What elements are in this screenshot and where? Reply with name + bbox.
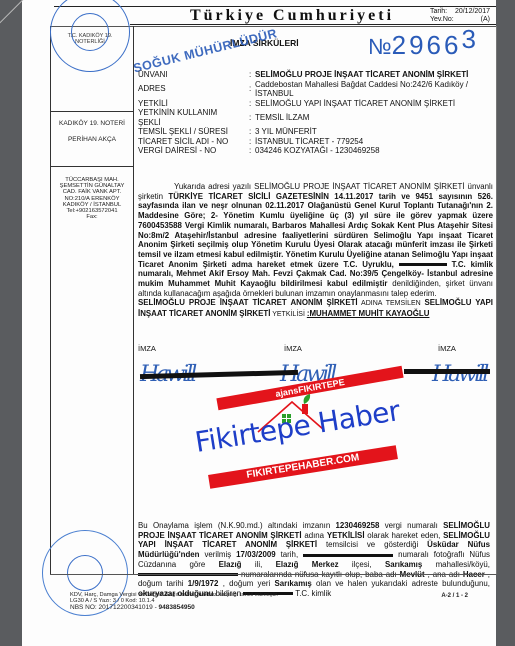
notary-column: KADIKÖY 19. NOTERİ PERİHAN AKÇA TÜCCARBA… [50,26,134,574]
field-label: TİCARET SİCİL ADI - NO [138,137,249,147]
nbs-value: 9483854950 [159,604,195,611]
authorized-person-name: :MUHAMMET MUHİT KAYAOĞLU [307,309,430,318]
text-bold: SELİMOĞLU PROJE İNŞAAT TİCARET ANONİM Şİ… [138,298,358,307]
text: ili, [241,560,275,569]
field-row: VERGİ DAİRESİ - NO:034246 KOZYATAĞI - 12… [138,146,493,156]
signature-label: İMZA [438,344,456,353]
watermark-logo: ajansFIKIRTEPE Fikirtepe Haber FIKIRTEPE… [200,372,430,502]
field-value: TEMSİL İLZAM [255,113,493,123]
field-label: YETKİNİN KULLANIM ŞEKLİ [138,108,228,127]
text-bold: YETKİLİSİ [327,531,365,540]
declaration-paragraph: Yukarıda adresi yazılı SELİMOĞLU PROJE İ… [138,182,493,320]
field-row: ADRES:Caddebostan Mahallesi Bağdat Cadde… [138,80,493,99]
text: T.C. kimlik [293,589,331,598]
text-bold: TÜRKİYE TİCARET SİCİLİ GAZETESİNİN 14.11… [138,192,493,269]
text-bold: 1/9/1972 [188,579,219,588]
address-line: CAD. FAİK VANK APT. [51,189,133,195]
text-bold: 17/03/2009 [236,550,276,559]
field-row: ÜNVANI:SELİMOĞLU PROJE İNŞAAT TİCARET AN… [138,70,493,80]
notary-person: PERİHAN AKÇA [51,136,133,144]
serial-digits: 2966 [392,30,462,60]
yev-value: (A) [481,16,490,24]
text: adına [302,531,327,540]
field-value: SELİMOĞLU PROJE İNŞAAT TİCARET ANONİM Şİ… [255,70,493,80]
serial-prefix: № [368,34,392,59]
field-value: SELİMOĞLU YAPI İNŞAAT TİCARET ANONİM ŞİR… [255,99,493,109]
text: , doğum yeri [218,579,274,588]
text-bold: 1230469258 [336,521,380,530]
field-value: 3 YIL MÜNFERİT [255,127,493,137]
text-bold: Sarıkamış [275,579,312,588]
field-row: YETKİLİ:SELİMOĞLU YAPI İNŞAAT TİCARET AN… [138,99,493,109]
notary-address: TÜCCARBAŞI MAH. ŞEMSETTİN GÜNALTAY CAD. … [51,166,133,220]
text-bold: Elazığ Merkez [276,560,339,569]
seal-inner-ring [67,555,103,591]
text: vergi numaralı [379,521,443,530]
seal-text: T.C. KADIKÖY 19. NOTERLİĞİ [65,33,115,45]
field-label: ADRES [138,84,249,94]
footer-info: KDV, Harç, Damga Vergisi ve Değerli Kağı… [70,592,278,611]
redaction-bar [303,554,393,557]
text: olarak hareket eden, [365,531,444,540]
field-value: 034246 KOZYATAĞI - 1230469258 [255,146,493,156]
field-value: İSTANBUL TİCARET - 779254 [255,137,493,147]
text-bold: Elazığ [219,560,242,569]
text: YETKİLİSİ [270,311,306,318]
notary-info: KADIKÖY 19. NOTERİ PERİHAN AKÇA [51,111,133,152]
text: tarih, [276,550,303,559]
address-fax: Fax: [51,214,133,220]
text: Bu Onaylama işlem (N.K.90.md.) altındaki… [138,521,336,530]
text: temsilcisi ve gösterdiği [317,540,427,549]
field-row: YETKİNİN KULLANIM ŞEKLİ:TEMSİL İLZAM [138,108,493,127]
approval-paragraph: Bu Onaylama işlem (N.K.90.md.) altındaki… [138,521,490,599]
field-value: Caddebostan Mahallesi Bağdat Caddesi No:… [255,80,493,99]
nbs-label: NBS NO: 201712200341019 - [70,604,159,611]
yev-label: Yev.No: [430,16,454,24]
text: verilmiş [199,550,236,559]
field-label: TEMSİL ŞEKLİ / SÜRESİ [138,127,249,137]
signature-label: İMZA [284,344,302,353]
redaction-bar [399,263,447,266]
field-label: YETKİLİ [138,99,249,109]
signature-label: İMZA [138,344,156,353]
serial-number: №29663 [368,30,479,61]
seal-inner-ring [71,13,109,51]
signature-3: Hawill [432,362,486,387]
page-number: A-2 / 1 - 2 [441,593,468,599]
field-label: ÜNVANI [138,70,249,80]
date-label: Tarih: [430,8,447,16]
header-bottom-line [130,24,496,25]
header-date-block: Tarih:20/12/2017 Yev.No:(A) [430,8,490,24]
footer-nbs: NBS NO: 201712200341019 - 9483854950 [70,604,278,611]
text: mahallesi/köyü, [422,560,490,569]
text: ADINA TEMSİLEN [358,300,425,307]
notary-name: KADIKÖY 19. NOTERİ [51,120,133,128]
document-page: Türkiye Cumhuriyeti Tarih:20/12/2017 Yev… [22,0,496,646]
field-row: TİCARET SİCİL ADI - NO:İSTANBUL TİCARET … [138,137,493,147]
company-fields: ÜNVANI:SELİMOĞLU PROJE İNŞAAT TİCARET AN… [138,70,493,156]
text-bold: Sarıkamış [385,560,422,569]
footer-line [50,574,496,575]
field-row: TEMSİL ŞEKLİ / SÜRESİ:3 YIL MÜNFERİT [138,127,493,137]
serial-last-digit: 3 [461,24,478,54]
header-title: Türkiye Cumhuriyeti [142,7,442,25]
text: ilçesi, [339,560,385,569]
text: olan ve halen yukarıdaki adreste bulundu… [312,579,490,588]
field-label: VERGİ DAİRESİ - NO [138,146,249,156]
date-value: 20/12/2017 [455,8,490,16]
